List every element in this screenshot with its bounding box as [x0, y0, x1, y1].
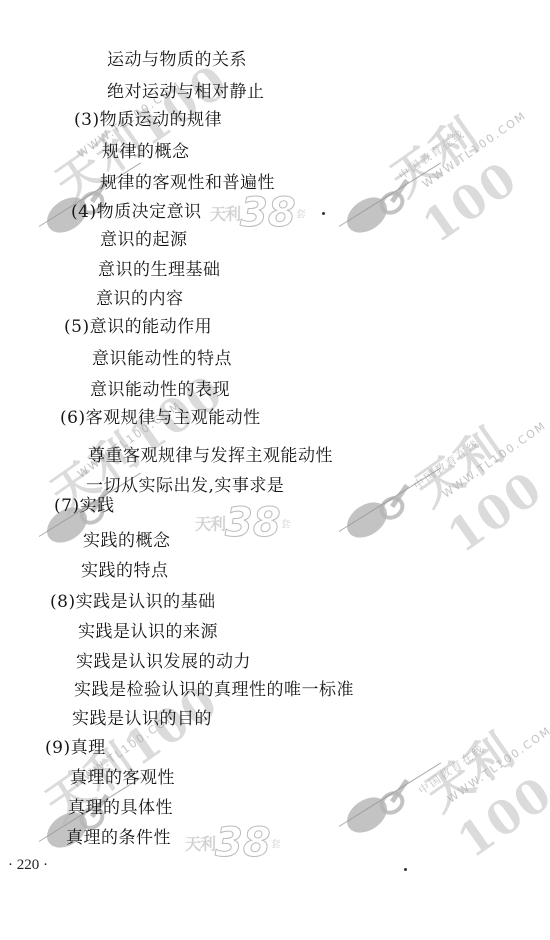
outline-subitem: 实践的概念	[83, 531, 171, 551]
outline-subitem: 真理的条件性	[66, 828, 171, 848]
outline-subitem: 意识的起源	[100, 230, 188, 250]
watermark-tianli-text: 天利100	[400, 379, 550, 563]
watermark-china-edu: 中国教育在线	[395, 125, 468, 183]
outline-subitem: 实践的特点	[81, 561, 169, 581]
outline-subitem: 规律的客观性和普遍性	[100, 173, 275, 193]
outline-heading: (8)实践是认识的基础	[50, 592, 216, 612]
outline-subitem: 绝对运动与相对静止	[107, 82, 265, 102]
outline-subitem: 意识能动性的表现	[90, 380, 230, 400]
outline-heading: (7)实践	[54, 496, 115, 516]
watermark-url: WWW.TL100.COM	[445, 724, 550, 806]
outline-heading: (4)物质决定意识	[71, 202, 202, 222]
outline-subitem: 实践是认识的目的	[72, 709, 212, 729]
outline-subitem: 意识的内容	[96, 289, 184, 309]
watermark-china-edu: 中国教育在线	[410, 435, 483, 493]
outline-subitem: 实践是检验认识的真理性的唯一标准	[74, 680, 354, 700]
page-number: · 220 ·	[8, 857, 48, 874]
scanned-book-page: 天利100 WWW.TL100.COM 天利100 中国教育在线 WWW.TL1…	[0, 0, 550, 940]
outline-subitem: 一切从实际出发,实事求是	[86, 476, 284, 496]
watermark-tianli-text: 天利100	[410, 690, 550, 869]
watermark-url: WWW.TL100.COM	[420, 109, 529, 191]
outline-heading: (3)物质运动的规律	[74, 110, 222, 130]
outline-heading: (9)真理	[45, 738, 106, 758]
outline-subitem: 运动与物质的关系	[107, 50, 247, 70]
outline-subitem: 真理的客观性	[70, 768, 175, 788]
outline-subitem: 真理的具体性	[68, 798, 173, 818]
watermark-china-edu: 中国教育在线	[415, 740, 488, 798]
tianli-38-watermark: 天利38套	[195, 500, 291, 546]
outline-subitem: 实践是认识发展的动力	[76, 652, 251, 672]
outline-subitem: 意识的生理基础	[98, 260, 221, 280]
outline-subitem: 实践是认识的来源	[78, 622, 218, 642]
scan-speck	[322, 212, 325, 215]
outline-subitem: 尊重客观规律与发挥主观能动性	[88, 446, 333, 466]
tianli-38-watermark: 天利38套	[210, 190, 306, 236]
outline-subitem: 意识能动性的特点	[92, 349, 232, 369]
outline-heading: (6)客观规律与主观能动性	[60, 408, 261, 428]
outline-heading: (5)意识的能动作用	[64, 317, 212, 337]
tianli-38-watermark: 天利38套	[185, 820, 281, 866]
outline-subitem: 规律的概念	[102, 142, 190, 162]
scan-speck	[404, 868, 407, 871]
watermark-url: WWW.TL100.COM	[440, 419, 549, 501]
watermark-tianli-text: 天利100	[375, 55, 550, 254]
